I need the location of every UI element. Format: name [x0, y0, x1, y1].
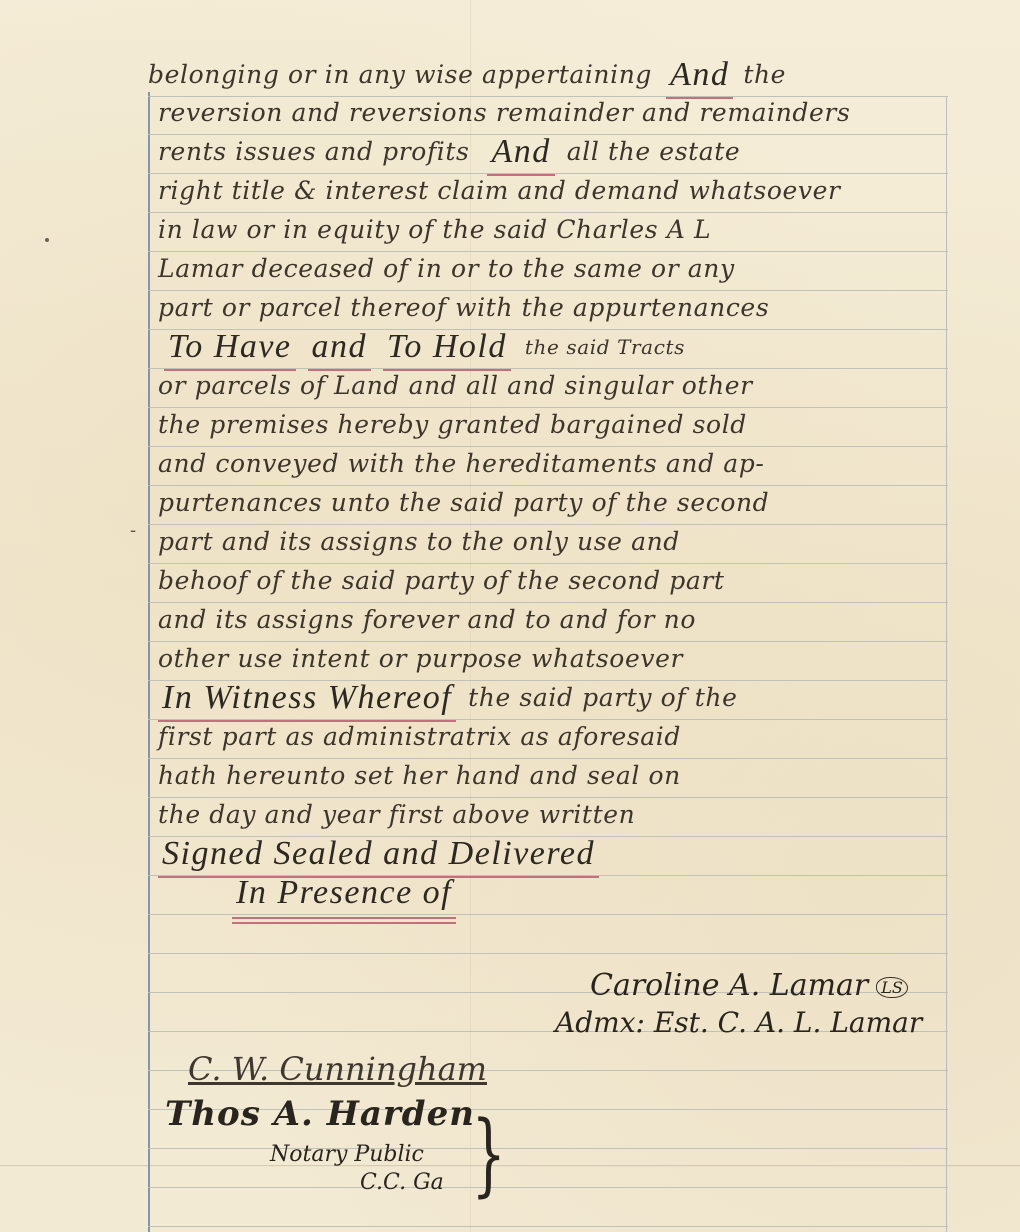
text-line-14: behoof of the said party of the second p… [158, 564, 948, 602]
text-line-16: other use intent or purpose whatsoever [158, 642, 948, 680]
text-line-1: belonging or in any wise appertaining An… [148, 58, 938, 96]
text-line-8: To Have and To Hold the said Tracts [158, 330, 948, 368]
text-line-2: reversion and reversions remainder and r… [158, 96, 948, 134]
witness-signature-cunningham: C. W. Cunningham [188, 1050, 487, 1088]
text-line-6: Lamar deceased of in or to the same or a… [158, 252, 948, 290]
text-line-9: or parcels of Land and all and singular … [158, 369, 948, 407]
text-line-15: and its assigns forever and to and for n… [158, 603, 948, 641]
notary-county: C.C. Ga [360, 1170, 444, 1195]
seal-icon: LS [876, 977, 908, 998]
text-line-18: first part as administratrix as aforesai… [158, 720, 948, 758]
brace-icon: } [471, 1110, 505, 1200]
margin-dash-mark: - [130, 520, 136, 541]
text-line-19: hath hereunto set her hand and seal on [158, 759, 948, 797]
horizontal-fold-crease [0, 1165, 1020, 1167]
text-line-20: the day and year first above written [158, 798, 948, 836]
left-margin-rule [148, 92, 150, 1232]
grantor-title: Admx: Est. C. A. L. Lamar [555, 1006, 922, 1039]
text-line-5: in law or in equity of the said Charles … [158, 213, 948, 251]
text-line-17: In Witness Whereof the said party of the [158, 681, 948, 719]
text-line-7: part or parcel thereof with the appurten… [158, 291, 948, 329]
notary-title: Notary Public [270, 1142, 424, 1167]
ink-speck [45, 238, 49, 242]
text-line-12: purtenances unto the said party of the s… [158, 486, 948, 524]
text-line-22: In Presence of [158, 876, 948, 914]
text-line-11: and conveyed with the hereditaments and … [158, 447, 948, 485]
text-line-10: the premises hereby granted bargained so… [158, 408, 948, 446]
text-line-4: right title & interest claim and demand … [158, 174, 948, 212]
witness-signature-harden: Thos A. Harden [165, 1094, 475, 1134]
text-line-3: rents issues and profits And all the est… [158, 135, 948, 173]
text-line-21: Signed Sealed and Delivered [158, 837, 948, 875]
grantor-signature: Caroline A. LamarLS [590, 968, 908, 1003]
text-line-13: part and its assigns to the only use and [158, 525, 948, 563]
